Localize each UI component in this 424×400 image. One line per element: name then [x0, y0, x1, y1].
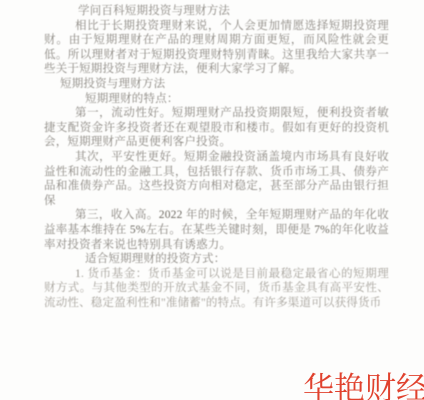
article-body: 学问百科短期投资与理财方法 相比于长期投资理财来说，个人会更加情愿选择短期投资理…	[44, 4, 389, 310]
section-heading: 短期投资与理财方法	[44, 77, 389, 92]
document-page: 学问百科短期投资与理财方法 相比于长期投资理财来说，个人会更加情愿选择短期投资理…	[0, 0, 424, 400]
method-item-1: 1. 货币基金：货币基金可以说是目前最稳定最省心的短期理财方式。与其他类型的开放…	[44, 267, 389, 311]
feature-point-3: 第三，收入高。2022 年的时候，全年短期理财产品的年化收益率基本维持在 5%左…	[44, 208, 389, 252]
methods-subheading: 适合短期理财的投资方式：	[44, 252, 389, 267]
features-subheading: 短期理财的特点：	[44, 92, 389, 107]
intro-paragraph: 相比于长期投资理财来说，个人会更加情愿选择短期投资理财。由于短期理财在产品的理财…	[44, 19, 389, 77]
feature-point-1: 第一，流动性好。短期理财产品投资期限短，便利投资者敏捷支配资金许多投资者还在观望…	[44, 106, 389, 150]
watermark: 华艳财经	[303, 363, 424, 400]
page-title: 学问百科短期投资与理财方法	[44, 4, 389, 19]
feature-point-2: 其次，平安性更好。短期金融投资涵盖境内市场具有良好收益性和流动性的金融工具，包括…	[44, 150, 389, 208]
